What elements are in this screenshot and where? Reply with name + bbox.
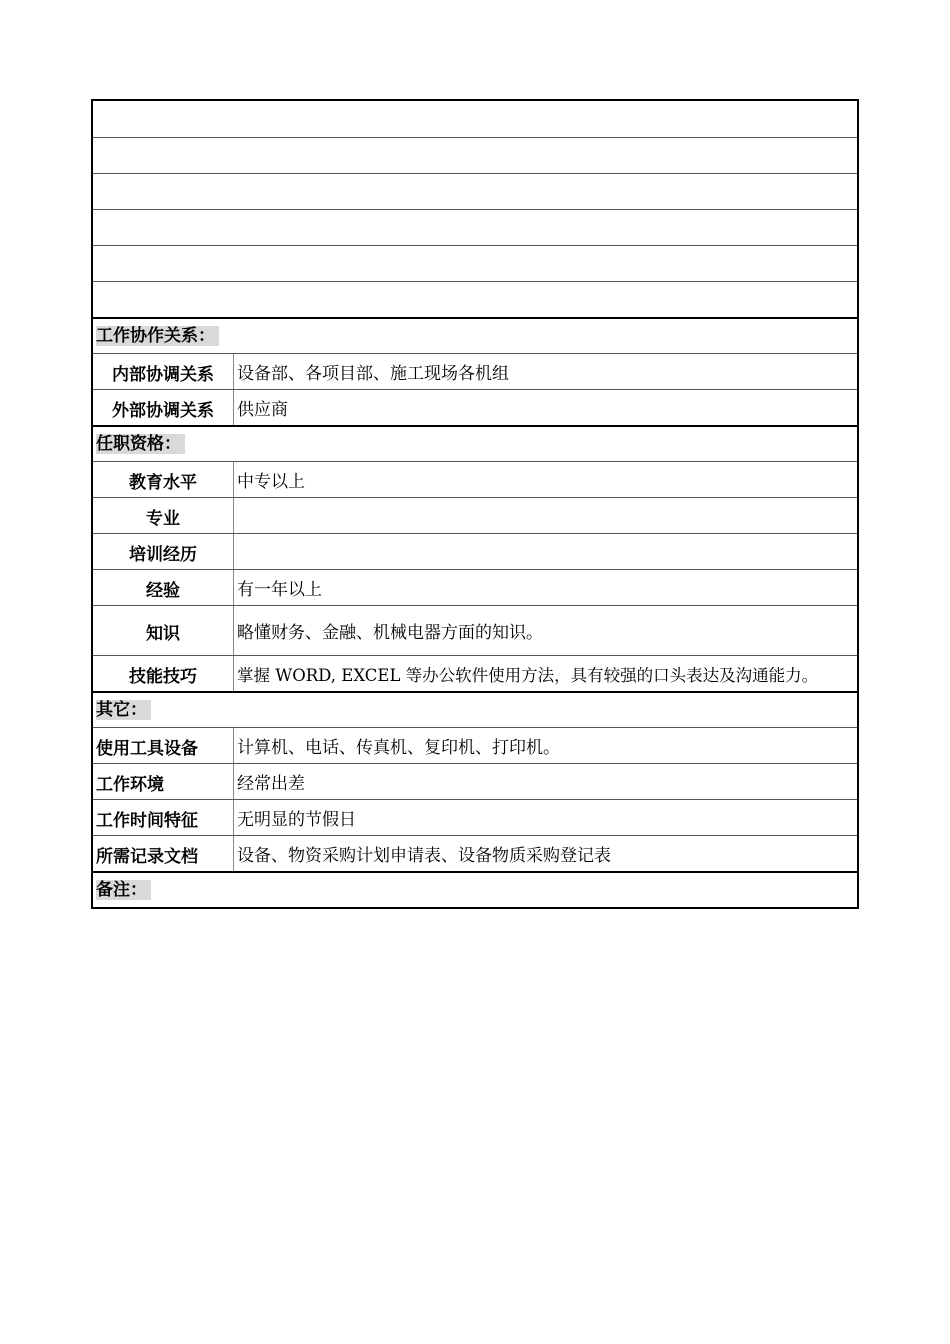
row-value: 设备、物资采购计划申请表、设备物质采购登记表 [234, 836, 857, 871]
row-value: 计算机、电话、传真机、复印机、打印机。 [234, 728, 857, 763]
table-row: 技能技巧 掌握 WORD, EXCEL 等办公软件使用方法，具有较强的口头表达及… [93, 655, 857, 691]
row-label: 内部协调关系 [93, 354, 234, 389]
row-label: 外部协调关系 [93, 390, 234, 425]
row-value: 设备部、各项目部、施工现场各机组 [234, 354, 857, 389]
row-label: 教育水平 [93, 462, 234, 497]
section-title: 工作协作关系： [96, 326, 219, 346]
section-qualifications: 任职资格： [93, 425, 857, 461]
row-label: 使用工具设备 [93, 728, 234, 763]
job-description-table: 工作协作关系： 内部协调关系 设备部、各项目部、施工现场各机组 外部协调关系 供… [91, 99, 859, 909]
table-row: 使用工具设备 计算机、电话、传真机、复印机、打印机。 [93, 727, 857, 763]
row-value: 略懂财务、金融、机械电器方面的知识。 [234, 606, 857, 655]
table-row: 教育水平 中专以上 [93, 461, 857, 497]
row-label: 培训经历 [93, 534, 234, 569]
table-row: 外部协调关系 供应商 [93, 389, 857, 425]
blank-row [93, 137, 857, 173]
row-label: 经验 [93, 570, 234, 605]
section-title: 备注： [96, 880, 151, 900]
table-row: 工作环境 经常出差 [93, 763, 857, 799]
row-value: 中专以上 [234, 462, 857, 497]
blank-row [93, 281, 857, 317]
blank-row [93, 101, 857, 137]
row-value: 无明显的节假日 [234, 800, 857, 835]
blank-row [93, 173, 857, 209]
table-row: 所需记录文档 设备、物资采购计划申请表、设备物质采购登记表 [93, 835, 857, 871]
row-value: 供应商 [234, 390, 857, 425]
row-value: 有一年以上 [234, 570, 857, 605]
row-value: 经常出差 [234, 764, 857, 799]
table-row: 内部协调关系 设备部、各项目部、施工现场各机组 [93, 353, 857, 389]
row-value [234, 498, 857, 533]
row-label: 工作环境 [93, 764, 234, 799]
blank-row [93, 209, 857, 245]
section-title: 其它： [96, 700, 151, 720]
section-cooperation: 工作协作关系： [93, 317, 857, 353]
section-remarks: 备注： [93, 871, 857, 907]
row-label: 所需记录文档 [93, 836, 234, 871]
table-row: 经验 有一年以上 [93, 569, 857, 605]
table-row: 知识 略懂财务、金融、机械电器方面的知识。 [93, 605, 857, 655]
row-label: 知识 [93, 606, 234, 655]
row-label: 工作时间特征 [93, 800, 234, 835]
row-label: 专业 [93, 498, 234, 533]
blank-row [93, 245, 857, 281]
row-label: 技能技巧 [93, 656, 234, 691]
table-row: 专业 [93, 497, 857, 533]
row-value: 掌握 WORD, EXCEL 等办公软件使用方法，具有较强的口头表达及沟通能力。 [234, 656, 857, 691]
row-value [234, 534, 857, 569]
section-title: 任职资格： [96, 434, 185, 454]
section-other: 其它： [93, 691, 857, 727]
table-row: 培训经历 [93, 533, 857, 569]
table-row: 工作时间特征 无明显的节假日 [93, 799, 857, 835]
